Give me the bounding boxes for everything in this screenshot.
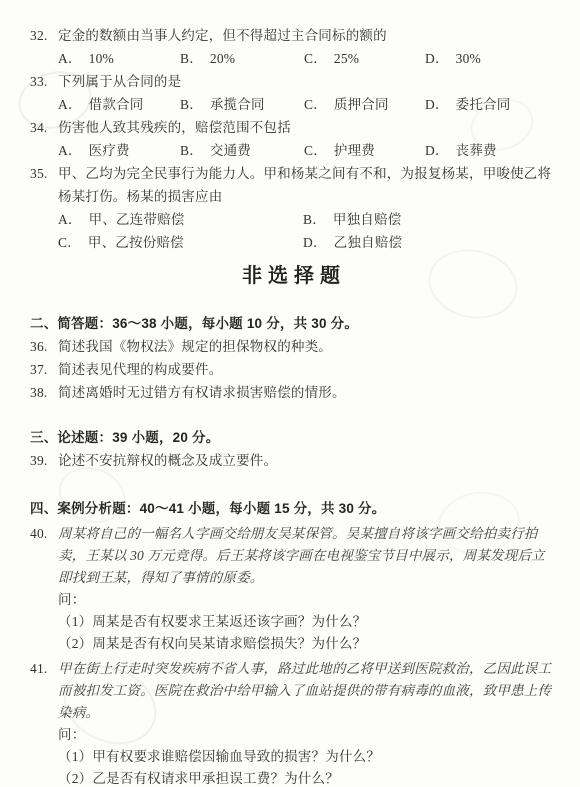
- option-33-c: C．质押合同: [304, 93, 425, 116]
- option-35-a: A．甲、乙连带赔偿: [58, 208, 303, 231]
- question-34: 34. 伤害他人致其残疾的，赔偿范围不包括 A．医疗费 B．交通费 C．护理费 …: [30, 116, 558, 162]
- question-number: 34.: [30, 116, 58, 139]
- option-35-d: D．乙独自赔偿: [303, 231, 558, 254]
- option-32-a: A．10%: [58, 47, 180, 70]
- question-text: 简述表见代理的构成要件。: [58, 358, 558, 381]
- option-text: 委托合同: [456, 97, 511, 112]
- option-32-c: C．25%: [304, 47, 425, 70]
- question-number: 35.: [30, 162, 58, 208]
- options-row: A．医疗费 B．交通费 C．护理费 D．丧葬费: [30, 139, 558, 162]
- question-37: 37. 简述表见代理的构成要件。: [30, 358, 558, 381]
- section-heading-case-analysis: 四、案例分析题：40～41 小题，每小题 15 分，共 30 分。: [30, 497, 558, 520]
- option-text: 交通费: [210, 143, 251, 158]
- option-34-c: C．护理费: [304, 139, 425, 162]
- question-number: 32.: [30, 24, 58, 47]
- option-32-d: D．30%: [425, 47, 558, 70]
- option-text: 质押合同: [334, 97, 389, 112]
- option-33-a: A．借款合同: [58, 93, 180, 116]
- options-grid: A．甲、乙连带赔偿 B．甲独自赔偿 C．甲、乙按份赔偿 D．乙独自赔偿: [30, 208, 558, 254]
- case-ask-label: 问：: [58, 589, 558, 611]
- question-number: 33.: [30, 70, 58, 93]
- option-text: 25%: [334, 51, 359, 66]
- question-number: 38.: [30, 381, 58, 404]
- option-text: 护理费: [334, 143, 375, 158]
- option-33-d: D．委托合同: [425, 93, 558, 116]
- case-subquestion-2: （2）周某是否有权向吴某请求赔偿损失？为什么？: [58, 633, 558, 655]
- question-number: 40.: [30, 523, 58, 655]
- option-35-b: B．甲独自赔偿: [303, 208, 558, 231]
- case-ask-label: 问：: [58, 724, 558, 746]
- case-body: 甲在街上行走时突发疾病不省人事，路过此地的乙将甲送到医院救治，乙因此误工而被扣发…: [58, 658, 558, 724]
- case-subquestion-1: （1）周某是否有权要求王某返还该字画？为什么？: [58, 611, 558, 633]
- option-text: 借款合同: [89, 97, 144, 112]
- case-subquestion-1: （1）甲有权要求谁赔偿因输血导致的损害？为什么？: [58, 746, 558, 768]
- question-number: 41.: [30, 658, 58, 787]
- question-number: 37.: [30, 358, 58, 381]
- question-number: 39.: [30, 449, 58, 472]
- question-33: 33. 下列属于从合同的是 A．借款合同 B．承揽合同 C．质押合同 D．委托合…: [30, 70, 558, 116]
- option-text: 甲独自赔偿: [333, 212, 402, 227]
- question-32: 32. 定金的数额由当事人约定，但不得超过主合同标的额的 A．10% B．20%…: [30, 24, 558, 70]
- question-stem: 甲、乙均为完全民事行为能力人。甲和杨某之间有不和，为报复杨某，甲唆使乙将杨某打伤…: [58, 162, 558, 208]
- options-row: A．借款合同 B．承揽合同 C．质押合同 D．委托合同: [30, 93, 558, 116]
- section-title-non-multiple-choice: 非选择题: [30, 261, 558, 291]
- option-text: 甲、乙连带赔偿: [89, 212, 185, 227]
- options-row: A．10% B．20% C．25% D．30%: [30, 47, 558, 70]
- option-text: 10%: [89, 51, 114, 66]
- case-body: 周某将自己的一幅名人字画交给朋友吴某保管。吴某擅自将该字画交给拍卖行拍卖，王某以…: [58, 523, 558, 589]
- question-stem: 下列属于从合同的是: [58, 70, 558, 93]
- question-text: 简述我国《物权法》规定的担保物权的种类。: [58, 335, 558, 358]
- option-text: 20%: [210, 51, 235, 66]
- question-number: 36.: [30, 335, 58, 358]
- exam-paper-page: 32. 定金的数额由当事人约定，但不得超过主合同标的额的 A．10% B．20%…: [0, 0, 580, 787]
- option-text: 丧葬费: [456, 143, 497, 158]
- option-text: 乙独自赔偿: [334, 235, 403, 250]
- question-stem: 定金的数额由当事人约定，但不得超过主合同标的额的: [58, 24, 558, 47]
- option-35-c: C．甲、乙按份赔偿: [58, 231, 303, 254]
- option-34-a: A．医疗费: [58, 139, 180, 162]
- option-33-b: B．承揽合同: [180, 93, 304, 116]
- option-text: 承揽合同: [210, 97, 265, 112]
- section-heading-essay: 三、论述题：39 小题，20 分。: [30, 426, 558, 449]
- option-text: 30%: [456, 51, 481, 66]
- section-heading-short-answer: 二、简答题：36～38 小题，每小题 10 分，共 30 分。: [30, 312, 558, 335]
- question-40: 40. 周某将自己的一幅名人字画交给朋友吴某保管。吴某擅自将该字画交给拍卖行拍卖…: [30, 523, 558, 655]
- case-subquestion-2: （2）乙是否有权请求甲承担误工费？为什么？: [58, 768, 558, 787]
- question-text: 简述离婚时无过错方有权请求损害赔偿的情形。: [58, 381, 558, 404]
- option-34-d: D．丧葬费: [425, 139, 558, 162]
- option-text: 甲、乙按份赔偿: [88, 235, 184, 250]
- option-32-b: B．20%: [180, 47, 304, 70]
- option-34-b: B．交通费: [180, 139, 304, 162]
- question-39: 39. 论述不安抗辩权的概念及成立要件。: [30, 449, 558, 472]
- question-41: 41. 甲在街上行走时突发疾病不省人事，路过此地的乙将甲送到医院救治，乙因此误工…: [30, 658, 558, 787]
- question-text: 论述不安抗辩权的概念及成立要件。: [58, 449, 558, 472]
- question-stem: 伤害他人致其残疾的，赔偿范围不包括: [58, 116, 558, 139]
- question-36: 36. 简述我国《物权法》规定的担保物权的种类。: [30, 335, 558, 358]
- question-35: 35. 甲、乙均为完全民事行为能力人。甲和杨某之间有不和，为报复杨某，甲唆使乙将…: [30, 162, 558, 254]
- option-text: 医疗费: [89, 143, 130, 158]
- question-38: 38. 简述离婚时无过错方有权请求损害赔偿的情形。: [30, 381, 558, 404]
